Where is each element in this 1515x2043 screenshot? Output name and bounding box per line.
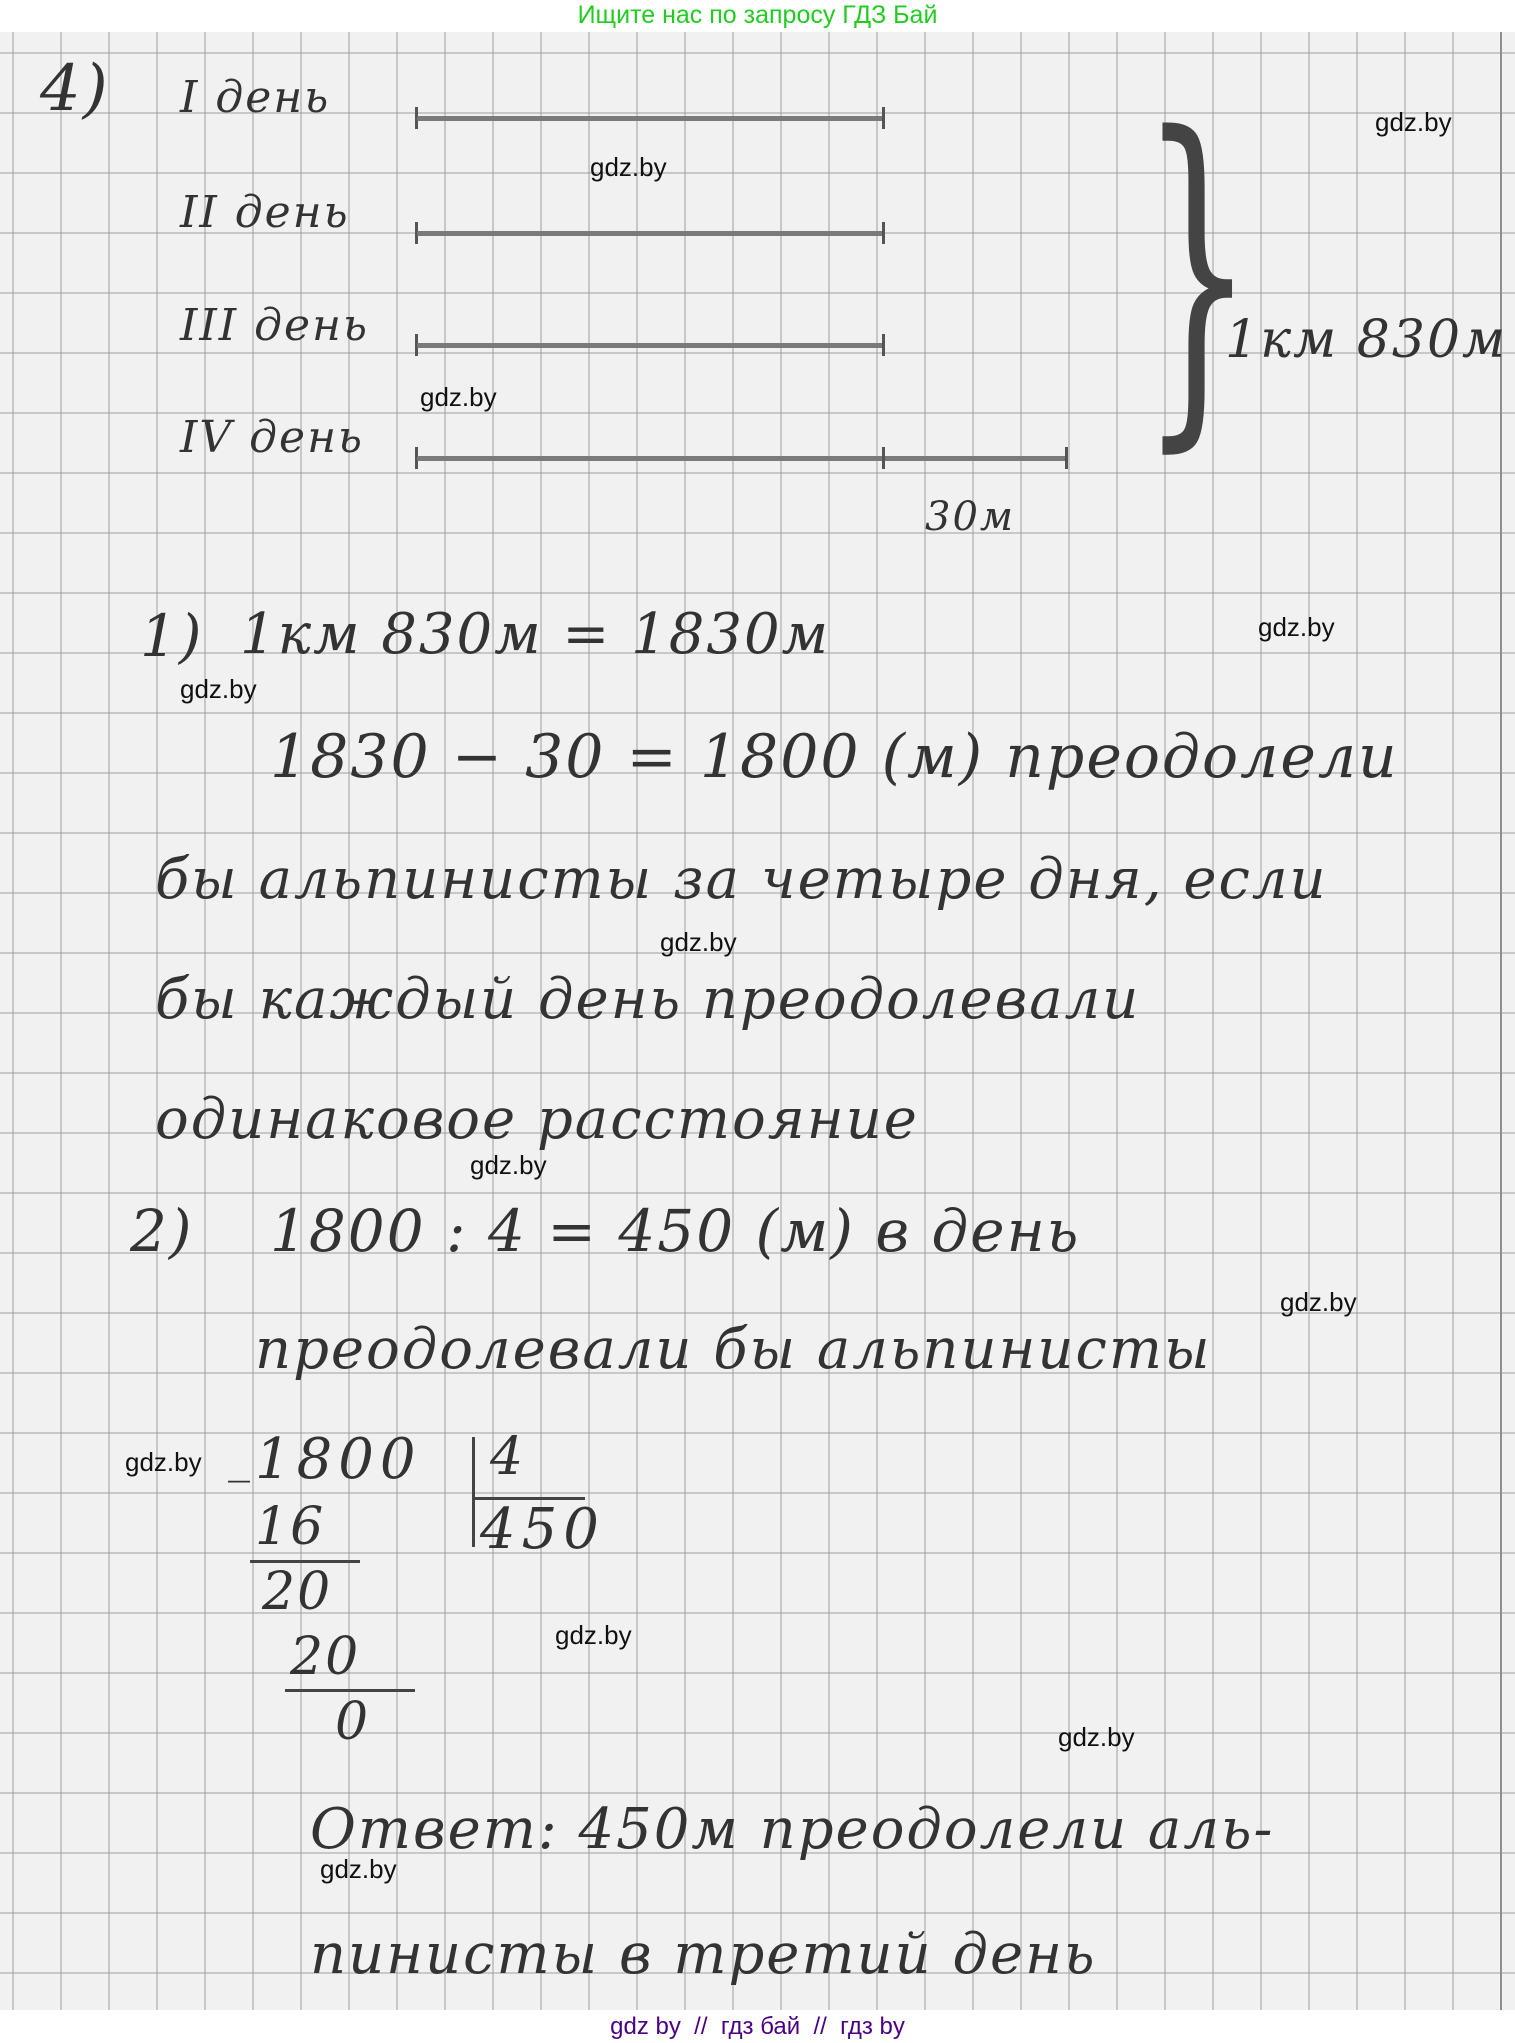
watermark: gdz.by [660, 927, 737, 958]
brace-icon: } [1140, 92, 1255, 452]
notebook-page: 4) I день II день III день IV день 30м }… [0, 32, 1515, 2010]
step-1-text-3: бы каждый день преодолевали [155, 967, 1140, 1032]
total-label: 1км 830м [1225, 310, 1507, 370]
watermark: gdz.by [555, 1620, 632, 1651]
step-2-text: преодолевали бы альпинисты [255, 1317, 1212, 1382]
segment-end-tick [882, 107, 885, 129]
step-1-conversion: 1км 830м = 1830м [240, 602, 830, 667]
segment-end-tick [882, 334, 885, 356]
division-minus: _ [228, 1432, 252, 1483]
watermark: gdz.by [1375, 107, 1452, 138]
row-label-day-3: III день [180, 300, 369, 351]
division-step-2: 20 [262, 1562, 332, 1622]
watermark: gdz.by [470, 1150, 547, 1181]
bottom-banner-text[interactable]: gdz by // гдз бай // гдз by [610, 2013, 905, 2040]
division-step-1: 16 [255, 1497, 325, 1557]
segment-day-1 [417, 116, 885, 121]
step-1-calc: 1830 − 30 = 1800 (м) преодолели [270, 722, 1399, 792]
step-2-marker: 2) [130, 1197, 194, 1265]
step-1-marker: 1) [140, 602, 204, 670]
division-quotient: 450 [480, 1497, 605, 1562]
watermark: gdz.by [320, 1854, 397, 1885]
segment-day-2 [417, 231, 885, 236]
watermark: gdz.by [590, 152, 667, 183]
row-label-day-4: IV день [180, 412, 364, 463]
bottom-banner[interactable]: gdz by // гдз бай // гдз by [0, 2010, 1515, 2043]
segment-day-3 [417, 343, 885, 348]
watermark: gdz.by [1280, 1287, 1357, 1318]
division-step-3: 20 [290, 1627, 360, 1687]
top-banner-text[interactable]: Ищите нас по запросу ГДЗ Бай [578, 1, 938, 29]
step-1-text-2: бы альпинисты за четыре дня, если [155, 847, 1328, 912]
segment-mid-tick [882, 447, 885, 469]
extra-label: 30м [925, 494, 1015, 540]
watermark: gdz.by [420, 382, 497, 413]
row-label-day-2: II день [180, 187, 350, 238]
step-1-text-4: одинаковое расстояние [155, 1087, 919, 1152]
watermark: gdz.by [1258, 612, 1335, 643]
watermark: gdz.by [180, 674, 257, 705]
division-step-4: 0 [335, 1692, 370, 1752]
watermark: gdz.by [1058, 1722, 1135, 1753]
task-number: 4) [40, 52, 110, 126]
answer-line-1: Ответ: 450м преодолели аль- [310, 1797, 1274, 1862]
answer-line-2: пинисты в третий день [310, 1922, 1097, 1987]
top-banner[interactable]: Ищите нас по запросу ГДЗ Бай [0, 0, 1515, 32]
watermark: gdz.by [125, 1447, 202, 1478]
division-dividend: 1800 [255, 1427, 422, 1492]
division-bar [472, 1437, 475, 1547]
segment-day-4 [417, 456, 1067, 461]
row-label-day-1: I день [180, 72, 330, 123]
step-2-calc: 1800 : 4 = 450 (м) в день [270, 1197, 1080, 1265]
segment-end-tick [1065, 447, 1068, 469]
segment-end-tick [882, 222, 885, 244]
division-divisor: 4 [490, 1427, 525, 1487]
